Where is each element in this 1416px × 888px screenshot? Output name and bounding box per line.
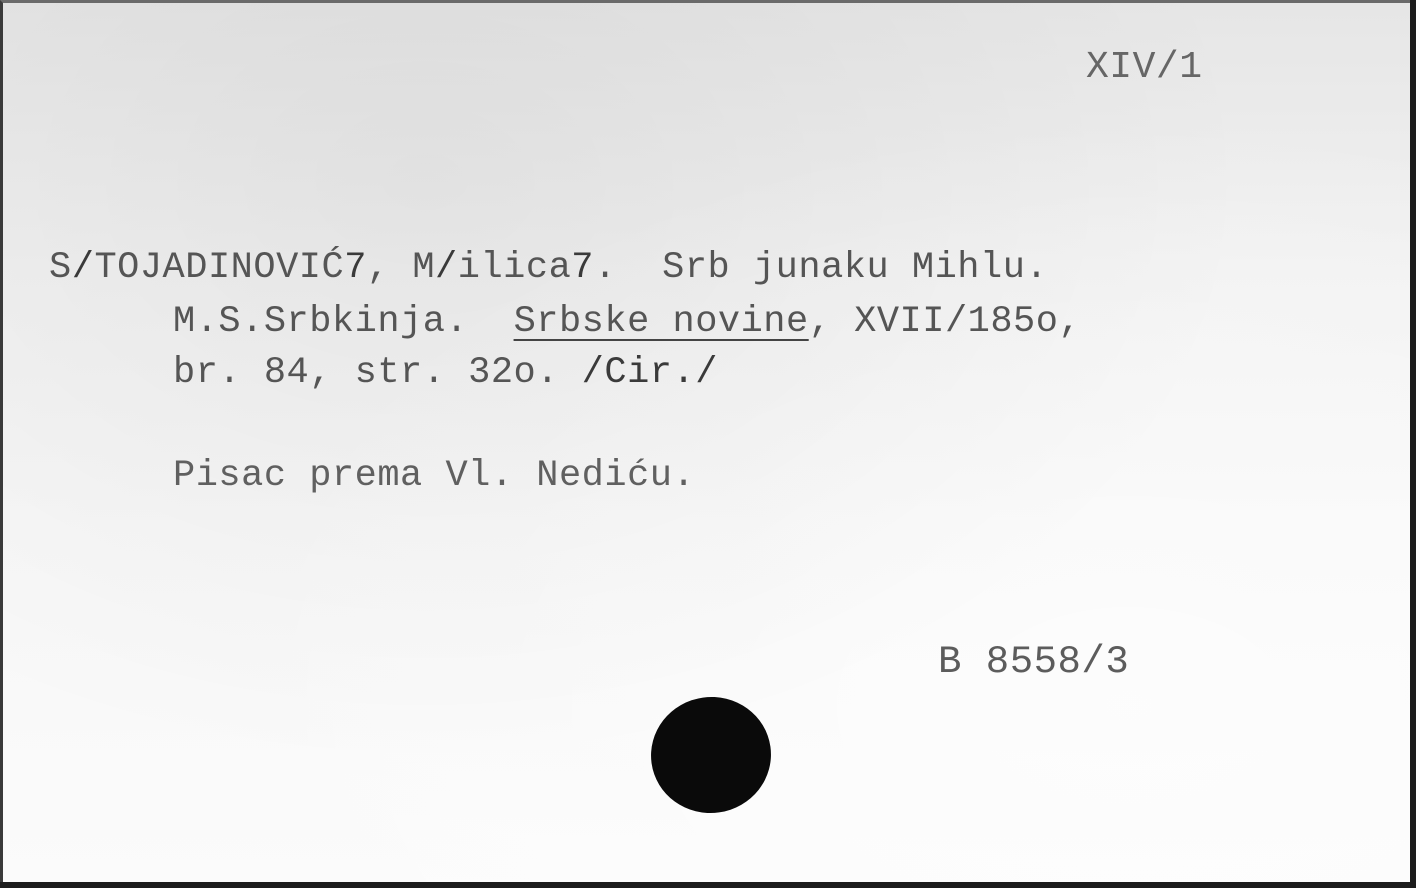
title-separator: . [594,247,662,289]
source-volume: , XVII/185o, [809,301,1081,343]
bracket-open: / [435,247,458,289]
comma: , [367,247,412,289]
author-surname-supplied: TOJADINOVIĆ [94,247,344,289]
entry-heading-line: S/TOJADINOVIĆ7, M/ilica7. Srb junaku Mih… [49,250,1048,287]
bracket-open: / [72,247,95,289]
given-name-initial: M [412,247,435,289]
call-number-bottom: B 8558/3 [938,643,1129,682]
given-name-supplied: ilica [458,247,572,289]
entry-issue-line: br. 84, str. 32o. /Cir./ [173,355,718,392]
issue-pages: br. 84, str. 32o. [173,352,582,394]
bracket-close: 7 [571,247,594,289]
source-title: Srbske novine [514,301,809,343]
author-initial: S [49,247,72,289]
pseudonym: M.S.Srbkinja. [173,301,514,343]
script-note: /Cir./ [582,352,718,394]
catalog-card: XIV/1 S/TOJADINOVIĆ7, M/ilica7. Srb juna… [0,0,1410,882]
call-number-top: XIV/1 [1086,49,1203,87]
entry-source-line: M.S.Srbkinja. Srbske novine, XVII/185o, [173,304,1081,341]
work-title: Srb junaku Mihlu. [662,247,1048,289]
filing-hole [644,689,779,821]
attribution-note: Pisac prema Vl. Nediću. [173,458,695,495]
bracket-close: 7 [344,247,367,289]
